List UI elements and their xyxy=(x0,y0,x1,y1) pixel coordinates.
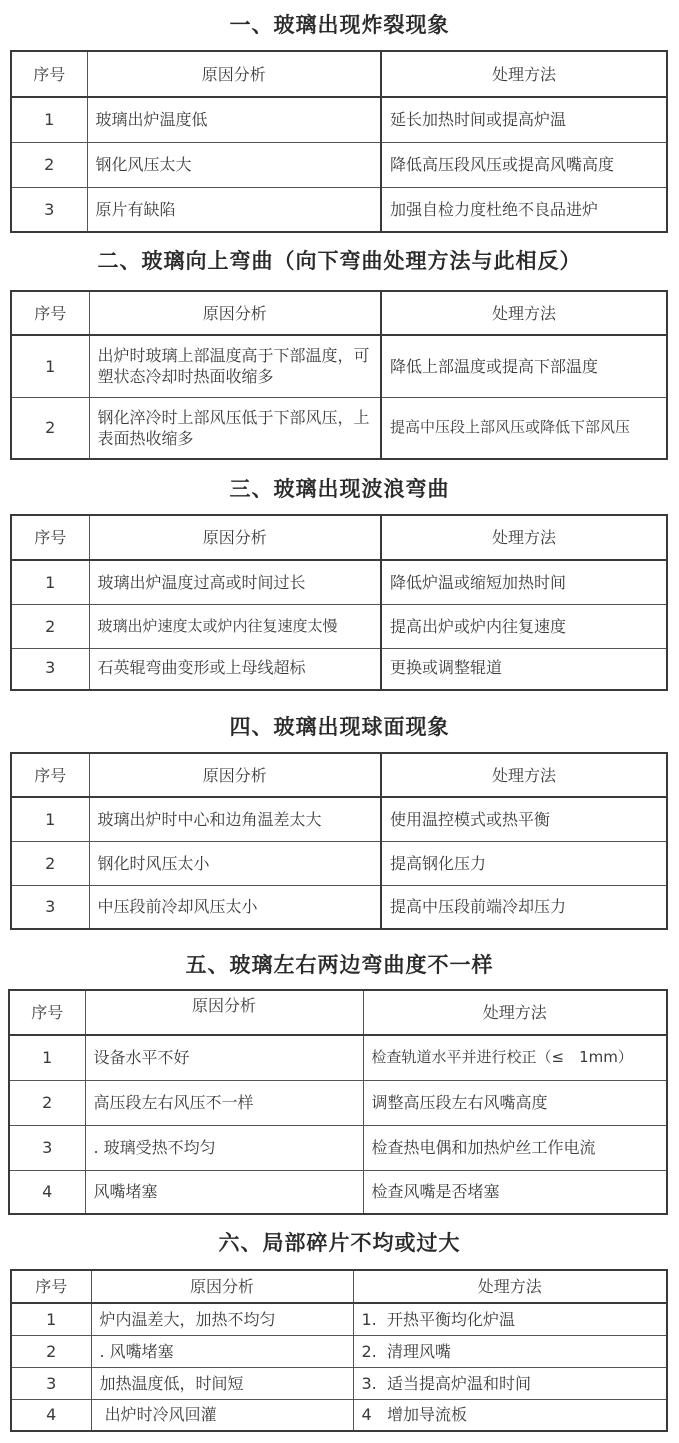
table-header-row: 序号 原因分析 处理方法 xyxy=(11,515,667,560)
section-title: 六、局部碎片不均或过大 xyxy=(0,1228,679,1258)
row-num: 1 xyxy=(11,335,89,397)
row-num: 3 xyxy=(11,1367,91,1399)
row-cause: 出炉时冷风回灌 xyxy=(91,1399,353,1431)
row-method: 2. 清理风嘴 xyxy=(353,1335,667,1367)
header-method: 处理方法 xyxy=(363,990,667,1035)
troubleshoot-table: 序号 原因分析 处理方法 1 设备水平不好 检查轨道水平并进行校正（≤ 1mm）… xyxy=(8,989,668,1215)
row-num: 2 xyxy=(11,397,89,459)
row-num: 2 xyxy=(11,142,87,187)
header-num: 序号 xyxy=(11,291,89,335)
header-method: 处理方法 xyxy=(353,1270,667,1303)
table-row: 2 钢化时风压太小 提高钢化压力 xyxy=(11,841,667,885)
row-cause: . 风嘴堵塞 xyxy=(91,1335,353,1367)
header-cause: 原因分析 xyxy=(89,291,381,335)
row-method: 提高出炉或炉内往复速度 xyxy=(381,604,667,648)
row-cause: 炉内温差大，加热不均匀 xyxy=(91,1303,353,1335)
row-num: 2 xyxy=(11,841,89,885)
row-cause: 玻璃出炉温度过高或时间过长 xyxy=(89,560,381,604)
table-row: 4 出炉时冷风回灌 4 增加导流板 xyxy=(11,1399,667,1431)
table-row: 1 设备水平不好 检查轨道水平并进行校正（≤ 1mm） xyxy=(9,1035,667,1080)
row-method: 降低上部温度或提高下部温度 xyxy=(381,335,667,397)
table-header-row: 序号 原因分析 处理方法 xyxy=(11,1270,667,1303)
row-method: 4 增加导流板 xyxy=(353,1399,667,1431)
row-method: 调整高压段左右风嘴高度 xyxy=(363,1080,667,1125)
header-cause: 原因分析 xyxy=(87,51,381,97)
row-method: 降低高压段风压或提高风嘴高度 xyxy=(381,142,667,187)
troubleshoot-table: 序号 原因分析 处理方法 1 玻璃出炉温度低 延长加热时间或提高炉温 2 钢化风… xyxy=(10,50,668,233)
row-cause: 钢化风压太大 xyxy=(87,142,381,187)
row-num: 1 xyxy=(9,1035,85,1080)
row-method: 降低炉温或缩短加热时间 xyxy=(381,560,667,604)
row-cause: 玻璃出炉温度低 xyxy=(87,97,381,142)
row-num: 3 xyxy=(9,1125,85,1170)
section-5: 五、玻璃左右两边弯曲度不一样 序号 原因分析 处理方法 1 设备水平不好 检查轨… xyxy=(0,950,679,980)
section-title: 三、玻璃出现波浪弯曲 xyxy=(0,474,679,504)
row-num: 2 xyxy=(11,1335,91,1367)
header-num: 序号 xyxy=(11,753,89,797)
row-method: 提高中压段上部风压或降低下部风压 xyxy=(381,397,667,459)
table-row: 1 玻璃出炉温度低 延长加热时间或提高炉温 xyxy=(11,97,667,142)
row-cause: 玻璃出炉速度太或炉内往复速度太慢 xyxy=(89,604,381,648)
row-method: 使用温控模式或热平衡 xyxy=(381,797,667,841)
section-4: 四、玻璃出现球面现象 序号 原因分析 处理方法 1 玻璃出炉时中心和边角温差太大… xyxy=(0,712,679,742)
table-row: 1 炉内温差大，加热不均匀 1. 开热平衡均化炉温 xyxy=(11,1303,667,1335)
table-header-row: 序号 原因分析 处理方法 xyxy=(9,990,667,1035)
table-header-row: 序号 原因分析 处理方法 xyxy=(11,51,667,97)
row-method: 1. 开热平衡均化炉温 xyxy=(353,1303,667,1335)
table-row: 1 玻璃出炉时中心和边角温差太大 使用温控模式或热平衡 xyxy=(11,797,667,841)
section-3: 三、玻璃出现波浪弯曲 序号 原因分析 处理方法 1 玻璃出炉温度过高或时间过长 … xyxy=(0,474,679,504)
header-cause: 原因分析 xyxy=(91,1270,353,1303)
row-cause: 设备水平不好 xyxy=(85,1035,363,1080)
table-row: 3 原片有缺陷 加强自检力度杜绝不良品进炉 xyxy=(11,187,667,232)
table-row: 1 出炉时玻璃上部温度高于下部温度，可塑状态冷却时热面收缩多 降低上部温度或提高… xyxy=(11,335,667,397)
row-cause: 钢化淬冷时上部风压低于下部风压，上表面热收缩多 xyxy=(89,397,381,459)
table-header-row: 序号 原因分析 处理方法 xyxy=(11,753,667,797)
row-num: 4 xyxy=(11,1399,91,1431)
table-row: 2 . 风嘴堵塞 2. 清理风嘴 xyxy=(11,1335,667,1367)
table-header-row: 序号 原因分析 处理方法 xyxy=(11,291,667,335)
row-method: 提高中压段前端冷却压力 xyxy=(381,885,667,929)
header-method: 处理方法 xyxy=(381,753,667,797)
row-cause: 风嘴堵塞 xyxy=(85,1170,363,1214)
table-row: 3 中压段前冷却风压太小 提高中压段前端冷却压力 xyxy=(11,885,667,929)
header-method: 处理方法 xyxy=(381,51,667,97)
troubleshoot-table: 序号 原因分析 处理方法 1 玻璃出炉时中心和边角温差太大 使用温控模式或热平衡… xyxy=(10,752,668,930)
row-method: 检查轨道水平并进行校正（≤ 1mm） xyxy=(363,1035,667,1080)
row-num: 1 xyxy=(11,1303,91,1335)
header-num: 序号 xyxy=(11,1270,91,1303)
header-cause: 原因分析 xyxy=(89,753,381,797)
row-cause: 出炉时玻璃上部温度高于下部温度，可塑状态冷却时热面收缩多 xyxy=(89,335,381,397)
row-method: 3. 适当提高炉温和时间 xyxy=(353,1367,667,1399)
row-num: 2 xyxy=(11,604,89,648)
row-cause: 高压段左右风压不一样 xyxy=(85,1080,363,1125)
row-method: 检查风嘴是否堵塞 xyxy=(363,1170,667,1214)
table-row: 3 . 玻璃受热不均匀 检查热电偶和加热炉丝工作电流 xyxy=(9,1125,667,1170)
table-row: 2 高压段左右风压不一样 调整高压段左右风嘴高度 xyxy=(9,1080,667,1125)
troubleshoot-table: 序号 原因分析 处理方法 1 出炉时玻璃上部温度高于下部温度，可塑状态冷却时热面… xyxy=(10,290,668,460)
row-num: 2 xyxy=(9,1080,85,1125)
troubleshoot-table: 序号 原因分析 处理方法 1 炉内温差大，加热不均匀 1. 开热平衡均化炉温 2… xyxy=(10,1269,668,1432)
row-num: 3 xyxy=(11,187,87,232)
table-row: 2 玻璃出炉速度太或炉内往复速度太慢 提高出炉或炉内往复速度 xyxy=(11,604,667,648)
row-cause: 石英辊弯曲变形或上母线超标 xyxy=(89,648,381,690)
section-title: 五、玻璃左右两边弯曲度不一样 xyxy=(0,950,679,980)
table-row: 3 加热温度低，时间短 3. 适当提高炉温和时间 xyxy=(11,1367,667,1399)
row-cause: 原片有缺陷 xyxy=(87,187,381,232)
header-num: 序号 xyxy=(11,515,89,560)
row-num: 4 xyxy=(9,1170,85,1214)
section-6: 六、局部碎片不均或过大 序号 原因分析 处理方法 1 炉内温差大，加热不均匀 1… xyxy=(0,1228,679,1258)
troubleshoot-table: 序号 原因分析 处理方法 1 玻璃出炉温度过高或时间过长 降低炉温或缩短加热时间… xyxy=(10,514,668,691)
section-1: 一、玻璃出现炸裂现象 序号 原因分析 处理方法 1 玻璃出炉温度低 延长加热时间… xyxy=(0,0,679,40)
header-num: 序号 xyxy=(9,990,85,1035)
row-cause: 中压段前冷却风压太小 xyxy=(89,885,381,929)
section-title: 二、玻璃向上弯曲（向下弯曲处理方法与此相反） xyxy=(0,246,679,276)
table-row: 2 钢化淬冷时上部风压低于下部风压，上表面热收缩多 提高中压段上部风压或降低下部… xyxy=(11,397,667,459)
row-method: 提高钢化压力 xyxy=(381,841,667,885)
header-method: 处理方法 xyxy=(381,291,667,335)
row-cause: 玻璃出炉时中心和边角温差太大 xyxy=(89,797,381,841)
row-num: 1 xyxy=(11,97,87,142)
row-method: 检查热电偶和加热炉丝工作电流 xyxy=(363,1125,667,1170)
row-cause: 加热温度低，时间短 xyxy=(91,1367,353,1399)
row-method: 延长加热时间或提高炉温 xyxy=(381,97,667,142)
header-cause: 原因分析 xyxy=(89,515,381,560)
header-num: 序号 xyxy=(11,51,87,97)
row-method: 更换或调整辊道 xyxy=(381,648,667,690)
row-cause: 钢化时风压太小 xyxy=(89,841,381,885)
row-num: 3 xyxy=(11,885,89,929)
table-row: 2 钢化风压太大 降低高压段风压或提高风嘴高度 xyxy=(11,142,667,187)
table-row: 1 玻璃出炉温度过高或时间过长 降低炉温或缩短加热时间 xyxy=(11,560,667,604)
table-row: 3 石英辊弯曲变形或上母线超标 更换或调整辊道 xyxy=(11,648,667,690)
row-method: 加强自检力度杜绝不良品进炉 xyxy=(381,187,667,232)
section-title: 一、玻璃出现炸裂现象 xyxy=(0,0,679,40)
table-row: 4 风嘴堵塞 检查风嘴是否堵塞 xyxy=(9,1170,667,1214)
row-num: 1 xyxy=(11,560,89,604)
section-2: 二、玻璃向上弯曲（向下弯曲处理方法与此相反） 序号 原因分析 处理方法 1 出炉… xyxy=(0,246,679,276)
header-cause: 原因分析 xyxy=(85,990,363,1035)
row-num: 3 xyxy=(11,648,89,690)
header-method: 处理方法 xyxy=(381,515,667,560)
row-num: 1 xyxy=(11,797,89,841)
row-cause: . 玻璃受热不均匀 xyxy=(85,1125,363,1170)
section-title: 四、玻璃出现球面现象 xyxy=(0,712,679,742)
